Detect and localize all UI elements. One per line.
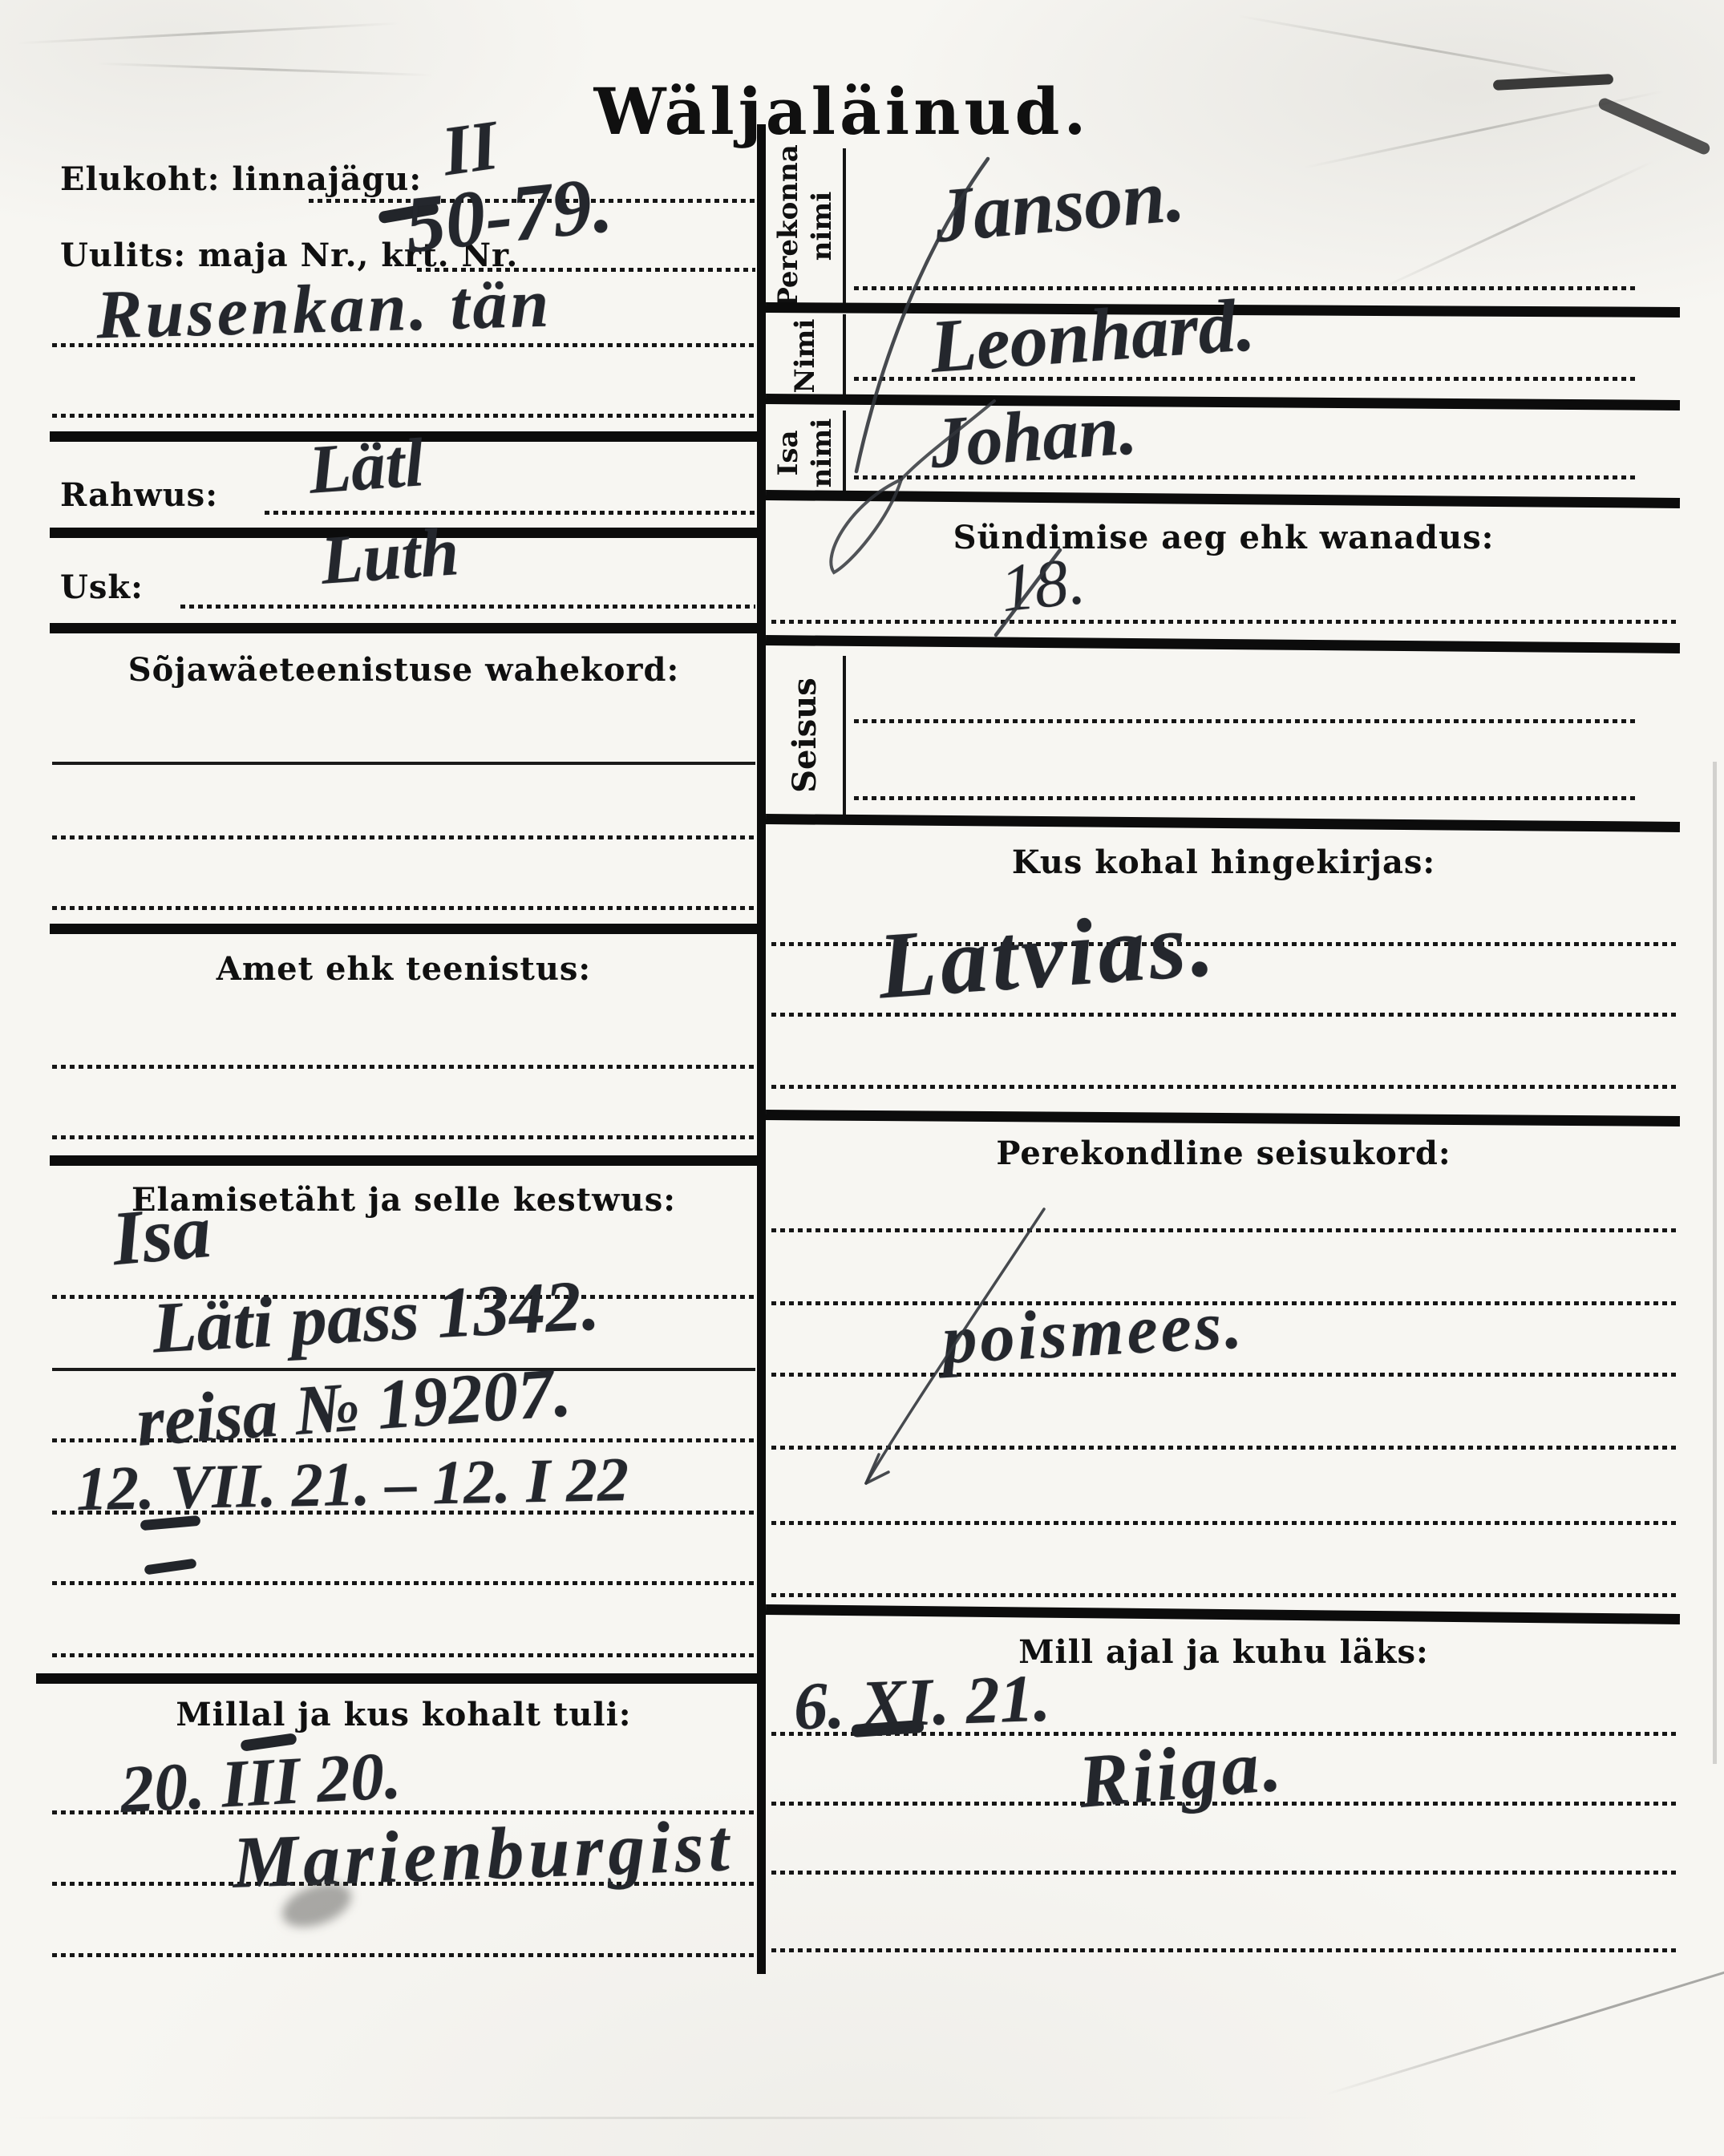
paper-edge-shadow: [1713, 762, 1717, 1764]
pen-flourish-strokes: [0, 0, 1724, 2156]
paper-crease: [0, 2117, 1331, 2119]
scanned-form-page: Wäljaläinud. Elukoht: linnajägu: Uulits:…: [0, 0, 1724, 2156]
